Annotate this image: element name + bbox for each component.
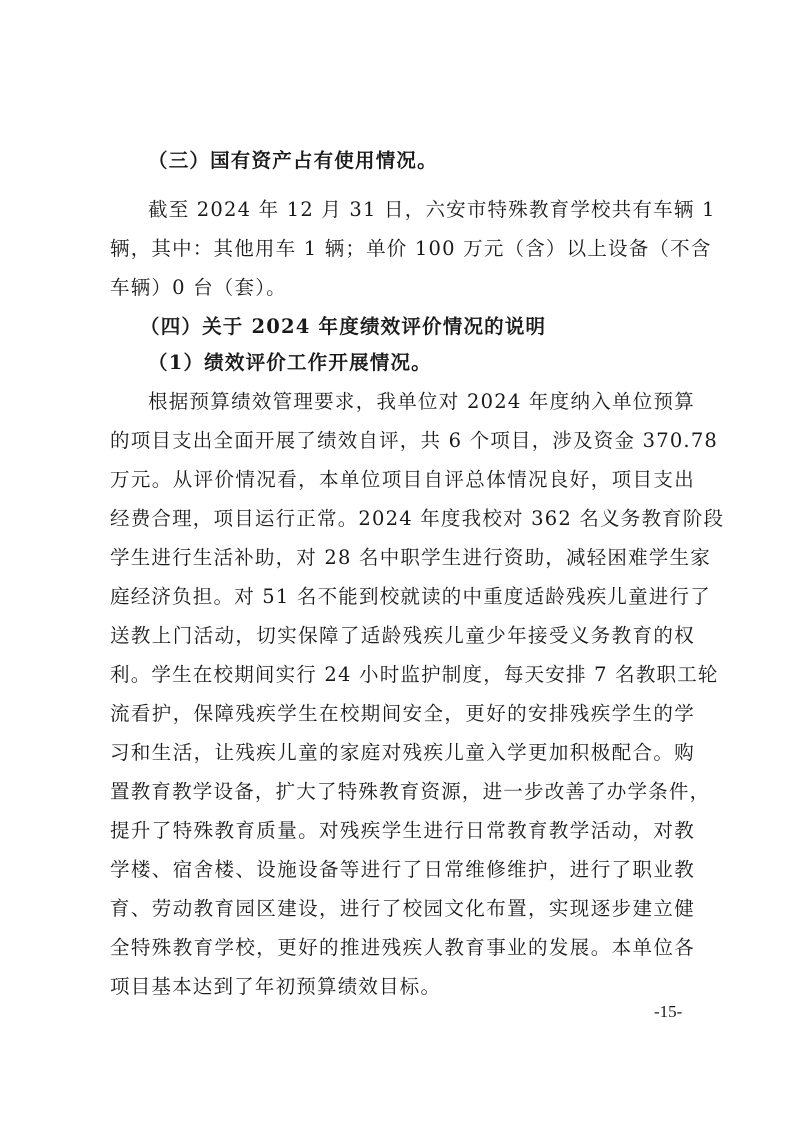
paragraph-line: 学生进行生活补助，对 28 名中职学生进行资助，减轻困难学生家 [110,538,695,577]
paragraph-line: 经费合理，项目运行正常。2024 年度我校对 362 名义务教育阶段 [110,499,695,538]
paragraph-line: 育、劳动教育园区建设，进行了校园文化布置，实现逐步建立健 [110,889,695,928]
paragraph-line: 项目基本达到了年初预算绩效目标。 [110,967,441,1006]
paragraph-line: 车辆）0 台（套）。 [110,268,287,307]
paragraph-line: 学楼、宿舍楼、设施设备等进行了日常维修维护，进行了职业教 [110,850,695,889]
paragraph-line: 根据预算绩效管理要求，我单位对 2024 年度纳入单位预算 [148,382,695,421]
section-heading-performance-evaluation: （四）关于 2024 年度绩效评价情况的说明 [140,307,546,346]
page-number: -15- [654,1000,682,1024]
subsection-heading-evaluation-work: （1）绩效评价工作开展情况。 [148,343,432,382]
paragraph-line: 截至 2024 年 12 月 31 日，六安市特殊教育学校共有车辆 1 [148,190,695,229]
paragraph-line: 全特殊教育学校，更好的推进残疾人教育事业的发展。本单位各 [110,928,695,967]
section-heading-state-assets: （三）国有资产占有使用情况。 [148,141,438,180]
paragraph-line: 提升了特殊教育质量。对残疾学生进行日常教育教学活动，对教 [110,811,695,850]
paragraph-line: 辆，其中：其他用车 1 辆；单价 100 万元（含）以上设备（不含 [110,229,695,268]
paragraph-line: 庭经济负担。对 51 名不能到校就读的中重度适龄残疾儿童进行了 [110,577,695,616]
paragraph-line: 流看护，保障残疾学生在校期间安全，更好的安排残疾学生的学 [110,694,695,733]
paragraph-line: 送教上门活动，切实保障了适龄残疾儿童少年接受义务教育的权 [110,616,695,655]
paragraph-line: 的项目支出全面开展了绩效自评，共 6 个项目，涉及资金 370.78 [110,421,695,460]
paragraph-line: 习和生活，让残疾儿童的家庭对残疾儿童入学更加积极配合。购 [110,733,695,772]
paragraph-line: 置教育教学设备，扩大了特殊教育资源，进一步改善了办学条件， [110,772,695,811]
paragraph-line: 万元。从评价情况看，本单位项目自评总体情况良好，项目支出 [110,460,695,499]
paragraph-line: 利。学生在校期间实行 24 小时监护制度，每天安排 7 名教职工轮 [110,655,695,694]
